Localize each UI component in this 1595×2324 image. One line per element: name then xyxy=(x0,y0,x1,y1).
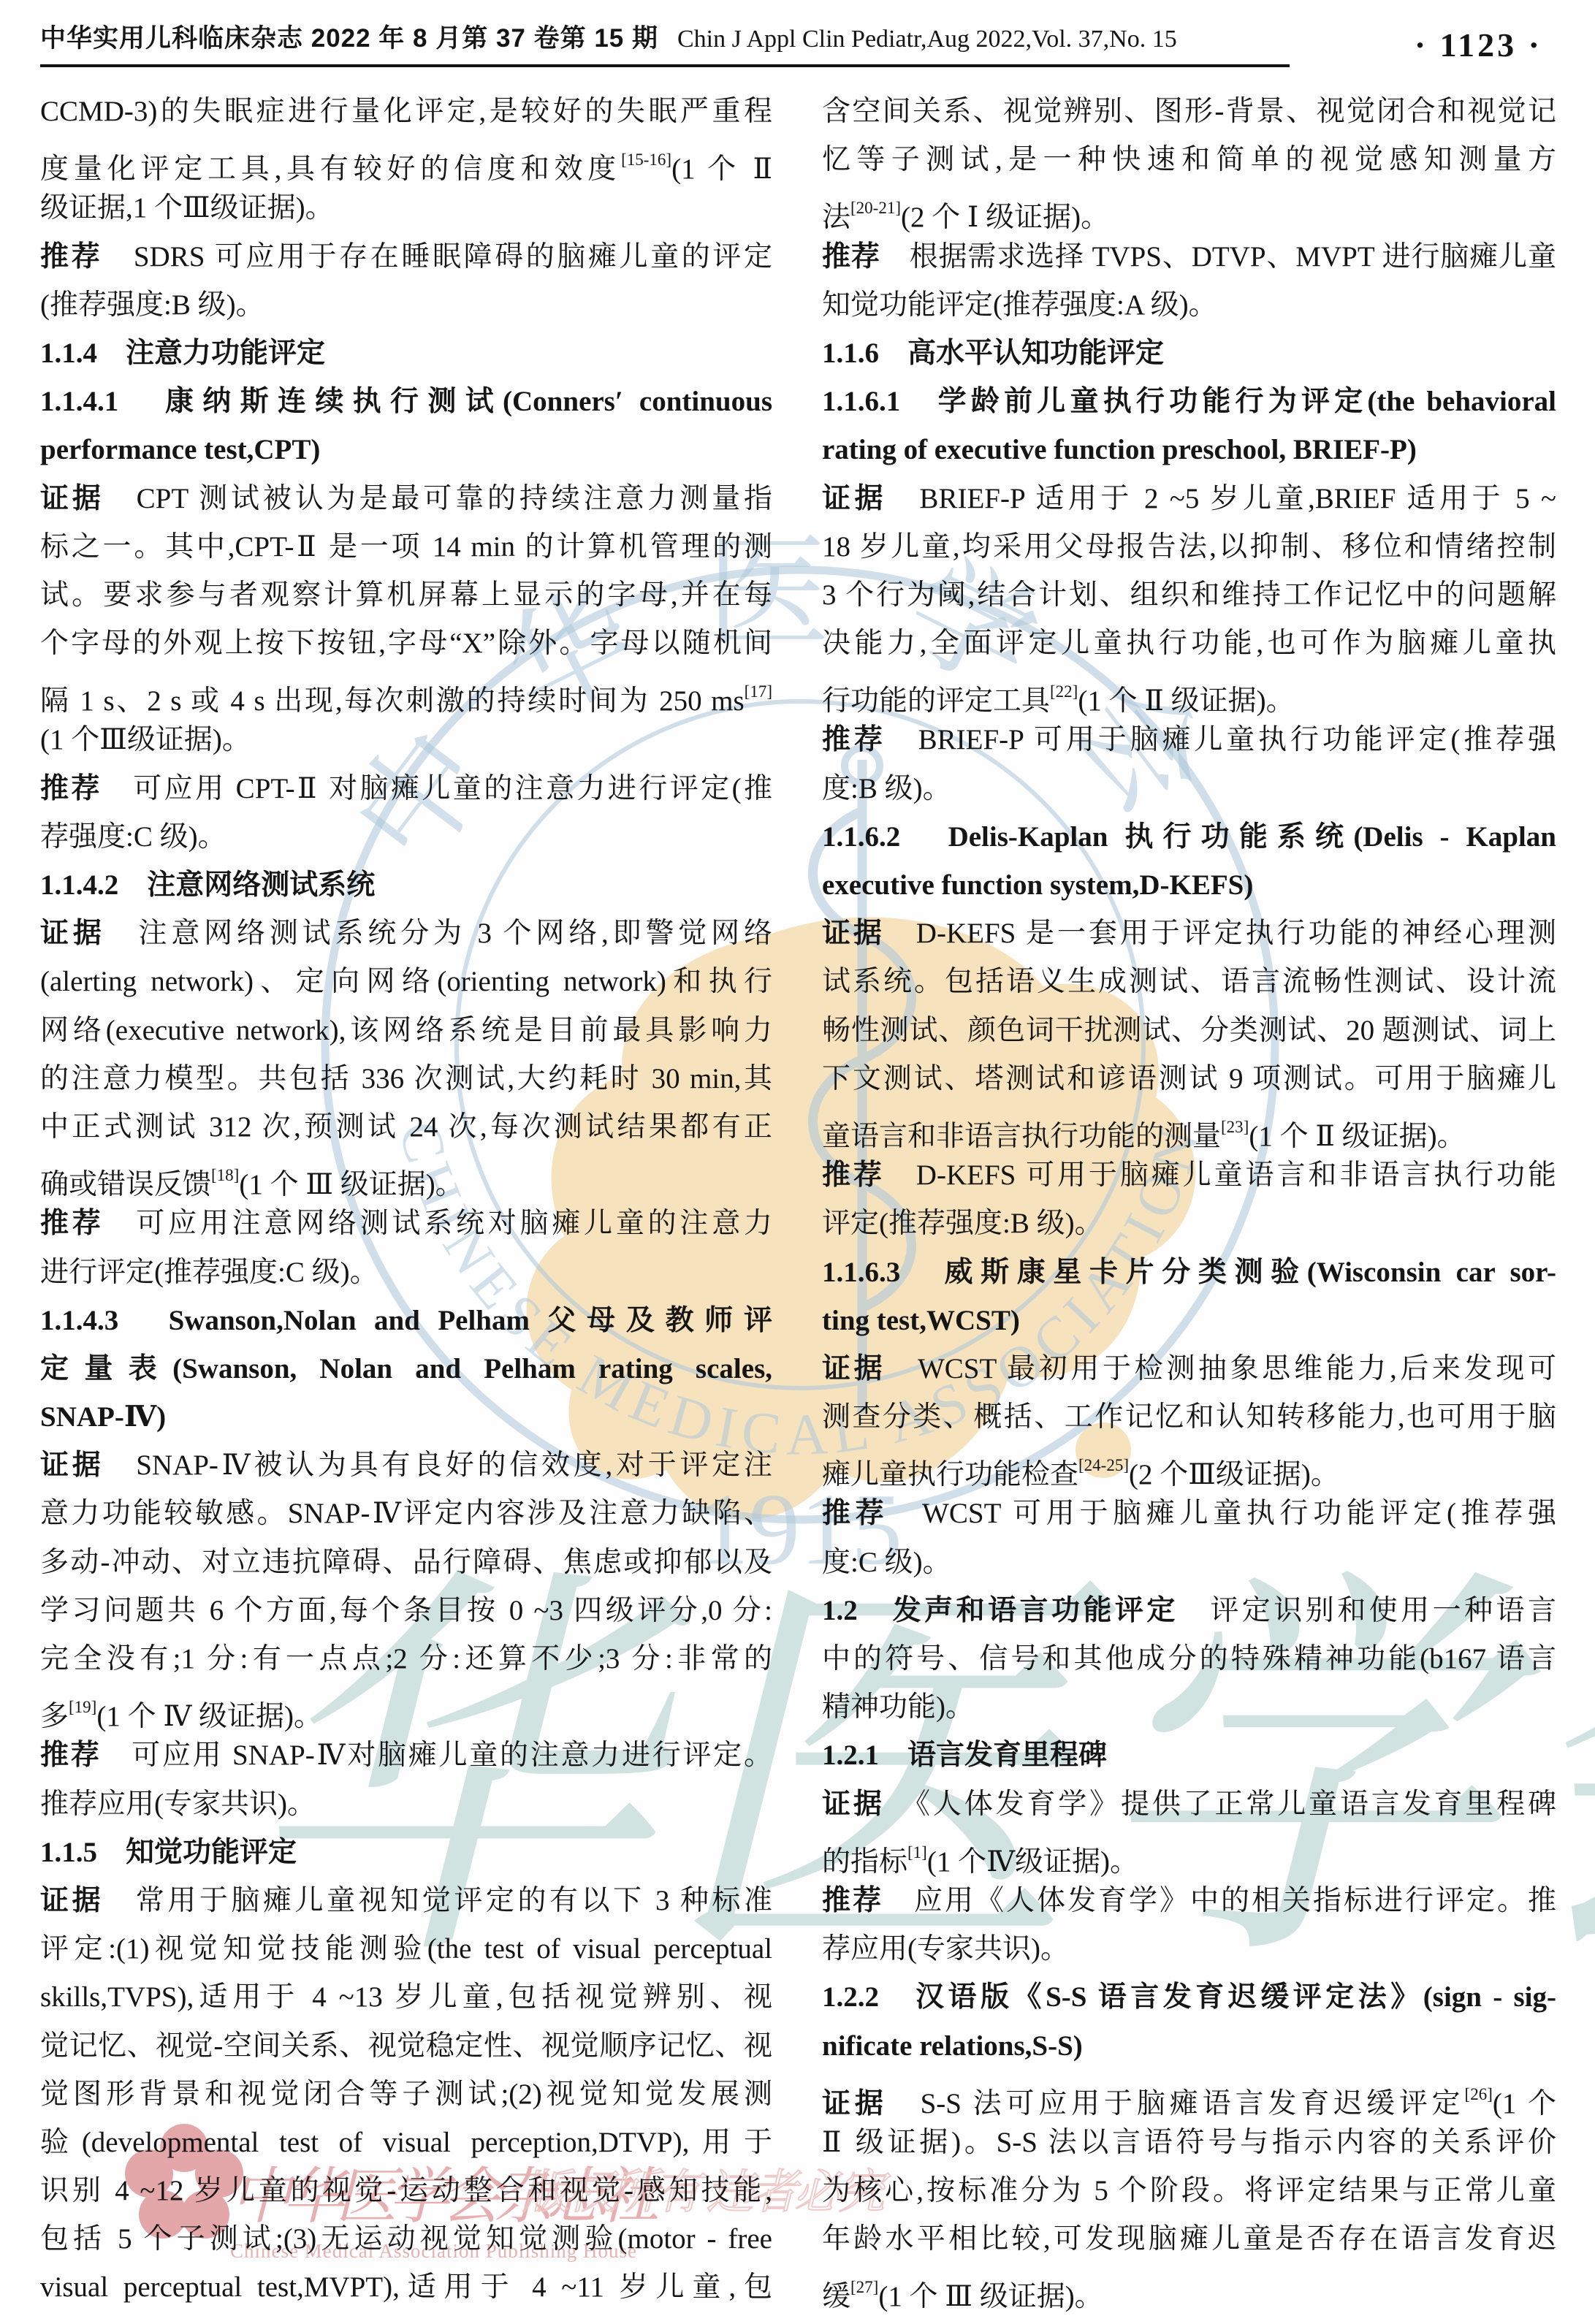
text-segment: 试。要求参与者观察计算机屏幕上显示的字母,并在每 xyxy=(40,579,772,611)
text-segment: 证据 xyxy=(822,1353,886,1384)
text-line: skills,TVPS),适用于 4 ~13 岁儿童,包括视觉辨别、视 xyxy=(40,1973,772,2022)
text-line: 完全没有;1 分:有一点点;2 分:还算不少;3 分:非常的 xyxy=(40,1635,772,1683)
text-segment: 推荐应用(专家共识)。 xyxy=(40,1788,316,1820)
text-segment: 知觉功能评定(推荐强度:A 级)。 xyxy=(822,289,1217,321)
text-segment: rating of executive function preschool, … xyxy=(822,434,1417,465)
text-segment: 1.1.6.3 威斯康星卡片分类测验(Wisconsin car sor- xyxy=(822,1257,1556,1288)
text-line: 的注意力模型。共包括 336 次测试,大约耗时 30 min,其 xyxy=(40,1055,772,1103)
text-line: 测查分类、概括、工作记忆和认知转移能力,也可用于脑 xyxy=(822,1393,1556,1441)
text-line: 1.1.4.1 康纳斯连续执行测试(Conners′ continuous xyxy=(40,378,772,426)
text-line: 觉记忆、视觉-空间关系、视觉稳定性、视觉顺序记忆、视 xyxy=(40,2022,772,2070)
text-segment: WCST 可用于脑瘫儿童执行功能评定(推荐强 xyxy=(888,1498,1556,1529)
text-segment: (2 个 Ⅰ 级证据)。 xyxy=(901,202,1109,232)
text-segment: 意力功能较敏感。SNAP-Ⅳ评定内容涉及注意力缺陷、 xyxy=(40,1498,772,1529)
text-line: 决能力,全面评定儿童执行功能,也可作为脑瘫儿童执 xyxy=(822,620,1556,668)
text-line: 1.2 发声和语言功能评定 评定识别和使用一种语言 xyxy=(822,1587,1556,1635)
text-segment: 度量化评定工具,具有较好的信度和效度 xyxy=(40,153,621,184)
text-line: executive function system,D-KEFS) xyxy=(822,861,1556,910)
text-segment: BRIEF-P 适用于 2 ~5 岁儿童,BRIEF 适用于 5 ~ xyxy=(887,483,1556,514)
text-segment: 网络(executive network),该网络系统是目前最具影响力 xyxy=(40,1015,772,1046)
text-line: 1.1.4 注意力功能评定 xyxy=(40,329,772,378)
text-line: performance test,CPT) xyxy=(40,426,772,474)
text-segment: 1.1.4.2 注意网络测试系统 xyxy=(40,869,375,901)
reference-superscript: [19] xyxy=(69,1698,96,1716)
reference-superscript: [27] xyxy=(850,2278,878,2296)
text-segment: 觉图形背景和视觉闭合等子测试;(2)视觉知觉发展测 xyxy=(40,2079,772,2110)
text-segment: 推荐 xyxy=(40,1740,102,1771)
text-line: 1.1.4.3 Swanson,Nolan and Pelham 父母及教师评 xyxy=(40,1297,772,1345)
text-line: 度量化评定工具,具有较好的信度和效度[15-16](1 个 Ⅱ xyxy=(40,136,772,184)
text-line: 度:C 级)。 xyxy=(822,1539,1556,1587)
text-segment: 中正式测试 312 次,预测试 24 次,每次测试结果都有正 xyxy=(40,1111,772,1143)
text-segment: (推荐强度:B 级)。 xyxy=(40,289,264,321)
text-segment: executive function system,D-KEFS) xyxy=(822,869,1253,901)
text-segment: 学习问题共 6 个方面,每个条目按 0 ~3 四级评分,0 分: xyxy=(40,1595,772,1626)
text-segment: (2 个Ⅲ级证据)。 xyxy=(1129,1459,1339,1490)
text-line: 证据 《人体发育学》提供了正常儿童语言发育里程碑 xyxy=(822,1780,1556,1829)
text-segment: 1.2.1 语言发育里程碑 xyxy=(822,1740,1107,1771)
text-segment: 度:B 级)。 xyxy=(822,773,951,804)
text-line: 法[20-21](2 个 Ⅰ 级证据)。 xyxy=(822,184,1556,232)
header-rule xyxy=(40,64,1290,67)
text-segment: D-KEFS 是一套用于评定执行功能的神经心理测 xyxy=(885,918,1556,949)
text-line: 学习问题共 6 个方面,每个条目按 0 ~3 四级评分,0 分: xyxy=(40,1587,772,1635)
text-segment: 《人体发育学》提供了正常儿童语言发育里程碑 xyxy=(885,1788,1556,1820)
text-line: 觉图形背景和视觉闭合等子测试;(2)视觉知觉发展测 xyxy=(40,2070,772,2119)
text-segment: 1.1.4.1 康纳斯连续执行测试(Conners′ continuous xyxy=(40,386,772,417)
text-line: 多[19](1 个 Ⅳ 级证据)。 xyxy=(40,1683,772,1731)
text-line: 童语言和非语言执行功能的测量[23](1 个 Ⅱ 级证据)。 xyxy=(822,1103,1556,1151)
text-segment: 评定:(1)视觉知觉技能测验(the test of visual percep… xyxy=(40,1933,772,1965)
text-line: 证据 CPT 测试被认为是最可靠的持续注意力测量指 xyxy=(40,475,772,523)
text-segment: 瘫儿童执行功能检查 xyxy=(822,1459,1078,1490)
text-line: 网络(executive network),该网络系统是目前最具影响力 xyxy=(40,1007,772,1055)
text-line: 含空间关系、视觉辨别、图形-背景、视觉闭合和视觉记 xyxy=(822,88,1556,136)
text-line: 验(developmental test of visual perceptio… xyxy=(40,2119,772,2167)
text-line: 试系统。包括语义生成测试、语言流畅性测试、设计流 xyxy=(822,958,1556,1006)
text-segment: BRIEF-P 可用于脑瘫儿童执行功能评定(推荐强 xyxy=(886,724,1556,755)
text-segment: 推荐 xyxy=(822,1159,885,1191)
text-line: 意力功能较敏感。SNAP-Ⅳ评定内容涉及注意力缺陷、 xyxy=(40,1490,772,1538)
text-segment: 个字母的外观上按下按钮,字母“X”除外。字母以随机间 xyxy=(40,628,772,659)
text-segment: (1 个 Ⅲ 级证据)。 xyxy=(878,2281,1103,2312)
text-line: 推荐 D-KEFS 可用于脑瘫儿童语言和非语言执行功能 xyxy=(822,1151,1556,1200)
text-line: 推荐 可应用 CPT-Ⅱ 对脑瘫儿童的注意力进行评定(推 xyxy=(40,765,772,813)
text-line: 证据 D-KEFS 是一套用于评定执行功能的神经心理测 xyxy=(822,910,1556,958)
text-line: 证据 SNAP-Ⅳ被认为具有良好的信效度,对于评定注 xyxy=(40,1441,772,1490)
text-line: 推荐 根据需求选择 TVPS、DTVP、MVPT 进行脑瘫儿童 xyxy=(822,233,1556,281)
text-line: 证据 注意网络测试系统分为 3 个网络,即警觉网络 xyxy=(40,910,772,958)
text-segment: (1 个 xyxy=(1493,2088,1556,2119)
text-segment: 常用于脑瘫儿童视知觉评定的有以下 3 种标准 xyxy=(104,1885,772,1916)
text-line: 度:B 级)。 xyxy=(822,765,1556,813)
text-segment: 证据 xyxy=(40,1449,104,1481)
text-line: 识别 4 ~12 岁儿童的视觉-运动整合和视觉-感知技能, xyxy=(40,2167,772,2215)
text-segment: 隔 1 s、2 s 或 4 s 出现,每次刺激的持续时间为 250 ms xyxy=(40,685,745,716)
text-line: 级证据,1 个Ⅲ级证据)。 xyxy=(40,184,772,232)
text-line: 推荐应用(专家共识)。 xyxy=(40,1780,772,1829)
text-line: visual perceptual test,MVPT),适用于 4 ~11 岁… xyxy=(40,2263,772,2312)
text-line: 1.2.2 汉语版《S-S 语言发育迟缓评定法》(sign - sig- xyxy=(822,1973,1556,2022)
text-segment: 应用《人体发育学》中的相关指标进行评定。推 xyxy=(883,1885,1556,1916)
text-segment: 含空间关系、视觉辨别、图形-背景、视觉闭合和视觉记 xyxy=(822,96,1556,127)
reference-superscript: [23] xyxy=(1221,1118,1249,1136)
text-segment: 证据 xyxy=(40,918,106,949)
text-segment: 证据 xyxy=(822,483,887,514)
page-number: · 1123 · xyxy=(1415,25,1542,66)
text-segment: 缓 xyxy=(822,2281,850,2312)
text-segment: performance test,CPT) xyxy=(40,434,320,465)
text-segment: 确或错误反馈 xyxy=(40,1169,211,1200)
text-segment: ting test,WCST) xyxy=(822,1305,1020,1336)
text-segment: (1 个 Ⅱ 级证据)。 xyxy=(1249,1121,1465,1151)
text-line: 评定:(1)视觉知觉技能测验(the test of visual percep… xyxy=(40,1925,772,1973)
text-line: rating of executive function preschool, … xyxy=(822,426,1556,474)
text-segment: 为核心,按标准分为 5 个阶段。将评定结果与正常儿童 xyxy=(822,2175,1556,2206)
text-segment: SNAP-Ⅳ被认为具有良好的信效度,对于评定注 xyxy=(104,1449,772,1481)
text-segment: S-S 法可应用于脑瘫语言发育迟缓评定 xyxy=(888,2088,1465,2119)
text-line: 忆等子测试,是一种快速和简单的视觉感知测量方 xyxy=(822,136,1556,184)
text-segment: 的注意力模型。共包括 336 次测试,大约耗时 30 min,其 xyxy=(40,1063,772,1094)
text-segment: 1.1.6.2 Delis-Kaplan 执行功能系统(Delis - Kapl… xyxy=(822,821,1556,853)
text-segment: CPT 测试被认为是最可靠的持续注意力测量指 xyxy=(104,483,772,514)
text-line: 行功能的评定工具[22](1 个 Ⅱ 级证据)。 xyxy=(822,668,1556,716)
text-segment: 可应用 SNAP-Ⅳ对脑瘫儿童的注意力进行评定。 xyxy=(102,1740,772,1771)
text-segment: 完全没有;1 分:有一点点;2 分:还算不少;3 分:非常的 xyxy=(40,1643,772,1675)
text-segment: (1 个 Ⅱ 级证据)。 xyxy=(1078,685,1294,716)
reference-superscript: [1] xyxy=(907,1843,927,1862)
text-segment: 童语言和非语言执行功能的测量 xyxy=(822,1121,1221,1151)
text-segment: (1 个Ⅲ级证据)。 xyxy=(40,724,251,755)
text-segment: 荐强度:C 级)。 xyxy=(40,821,227,853)
text-segment: CCMD-3)的失眠症进行量化评定,是较好的失眠严重程 xyxy=(40,96,772,127)
text-line: 证据 S-S 法可应用于脑瘫语言发育迟缓评定[26](1 个 xyxy=(822,2070,1556,2119)
text-line: 1.1.6 高水平认知功能评定 xyxy=(822,329,1556,378)
text-segment: 推荐 xyxy=(822,724,886,755)
reference-superscript: [20-21] xyxy=(850,199,901,217)
text-line: 标之一。其中,CPT-Ⅱ 是一项 14 min 的计算机管理的测 xyxy=(40,523,772,571)
text-line: 荐应用(专家共识)。 xyxy=(822,1925,1556,1973)
text-segment: 1.1.4.3 Swanson,Nolan and Pelham 父母及教师评 xyxy=(40,1305,772,1336)
text-segment: 觉记忆、视觉-空间关系、视觉稳定性、视觉顺序记忆、视 xyxy=(40,2030,772,2062)
text-segment: 下文测试、塔测试和谚语测试 9 项测试。可用于脑瘫儿 xyxy=(822,1063,1556,1094)
reference-superscript: [15-16] xyxy=(621,151,671,169)
text-line: 推荐 可应用 SNAP-Ⅳ对脑瘫儿童的注意力进行评定。 xyxy=(40,1731,772,1780)
text-line: 为核心,按标准分为 5 个阶段。将评定结果与正常儿童 xyxy=(822,2167,1556,2215)
text-segment: (1 个 Ⅲ 级证据)。 xyxy=(239,1169,463,1200)
text-line: 畅性测试、颜色词干扰测试、分类测试、20 题测试、词上 xyxy=(822,1007,1556,1055)
text-line: 1.2.1 语言发育里程碑 xyxy=(822,1731,1556,1780)
text-segment: (alerting network)、定向网络(orienting networ… xyxy=(40,966,772,997)
text-segment: SDRS 可应用于存在睡眠障碍的脑瘫儿童的评定 xyxy=(102,241,772,273)
text-line: 中的符号、信号和其他成分的特殊精神功能(b167 语言 xyxy=(822,1635,1556,1683)
text-segment: (1 个 Ⅱ xyxy=(671,153,772,184)
text-line: 1.1.4.2 注意网络测试系统 xyxy=(40,861,772,910)
text-line: 18 岁儿童,均采用父母报告法,以抑制、移位和情绪控制 xyxy=(822,523,1556,571)
text-segment: SNAP-Ⅳ) xyxy=(40,1401,166,1433)
text-segment: 证据 xyxy=(40,483,104,514)
text-segment: 识别 4 ~12 岁儿童的视觉-运动整合和视觉-感知技能, xyxy=(40,2175,772,2206)
text-segment: 证据 xyxy=(40,1885,104,1916)
text-segment: 荐应用(专家共识)。 xyxy=(822,1933,1069,1965)
text-line: 荐强度:C 级)。 xyxy=(40,813,772,861)
text-line: 证据 常用于脑瘫儿童视知觉评定的有以下 3 种标准 xyxy=(40,1877,772,1925)
text-line: 瘫儿童执行功能检查[24-25](2 个Ⅲ级证据)。 xyxy=(822,1441,1556,1490)
text-segment: 度:C 级)。 xyxy=(822,1547,951,1578)
text-line: 多动-冲动、对立违抗障碍、品行障碍、焦虑或抑郁以及 xyxy=(40,1539,772,1587)
journal-title-en: Chin J Appl Clin Pediatr,Aug 2022,Vol. 3… xyxy=(658,26,1177,53)
text-line: 推荐 可应用注意网络测试系统对脑瘫儿童的注意力 xyxy=(40,1200,772,1248)
text-segment: 定量表(Swanson, Nolan and Pelham rating sca… xyxy=(40,1353,772,1384)
text-line: 年龄水平相比较,可发现脑瘫儿童是否存在语言发育迟 xyxy=(822,2215,1556,2263)
text-line: 1.1.6.2 Delis-Kaplan 执行功能系统(Delis - Kapl… xyxy=(822,813,1556,861)
reference-superscript: [17] xyxy=(745,682,772,701)
text-segment: 试系统。包括语义生成测试、语言流畅性测试、设计流 xyxy=(822,966,1556,997)
text-line: (alerting network)、定向网络(orienting networ… xyxy=(40,958,772,1006)
text-segment: 推荐 xyxy=(40,773,102,804)
text-line: SNAP-Ⅳ) xyxy=(40,1393,772,1441)
text-line: 缓[27](1 个 Ⅲ 级证据)。 xyxy=(822,2263,1556,2312)
text-segment: 年龄水平相比较,可发现脑瘫儿童是否存在语言发育迟 xyxy=(822,2223,1556,2255)
text-segment: 证据 xyxy=(822,2088,888,2119)
text-segment: 评定(推荐强度:B 级)。 xyxy=(822,1208,1103,1239)
text-line: 包括 5 个子测试;(3)无运动视觉知觉测验(motor - free xyxy=(40,2215,772,2263)
text-segment: 根据需求选择 TVPS、DTVP、MVPT 进行脑瘫儿童 xyxy=(880,241,1556,273)
text-segment: visual perceptual test,MVPT),适用于 4 ~11 岁… xyxy=(40,2271,772,2303)
text-line: 确或错误反馈[18](1 个 Ⅲ 级证据)。 xyxy=(40,1151,772,1200)
text-line: 个字母的外观上按下按钮,字母“X”除外。字母以随机间 xyxy=(40,620,772,668)
text-line: 精神功能)。 xyxy=(822,1683,1556,1731)
text-line: 1.1.5 知觉功能评定 xyxy=(40,1829,772,1877)
text-line: 推荐 SDRS 可应用于存在睡眠障碍的脑瘫儿童的评定 xyxy=(40,233,772,281)
reference-superscript: [26] xyxy=(1465,2085,1493,2103)
text-segment: skills,TVPS),适用于 4 ~13 岁儿童,包括视觉辨别、视 xyxy=(40,1981,772,2013)
text-segment: 决能力,全面评定儿童执行功能,也可作为脑瘫儿童执 xyxy=(822,628,1556,659)
text-segment: (1 个 Ⅳ 级证据)。 xyxy=(96,1701,322,1731)
text-segment: 1.2.2 汉语版《S-S 语言发育迟缓评定法》(sign - sig- xyxy=(822,1981,1556,2013)
text-line: 知觉功能评定(推荐强度:A 级)。 xyxy=(822,281,1556,329)
text-line: 推荐 BRIEF-P 可用于脑瘫儿童执行功能评定(推荐强 xyxy=(822,716,1556,764)
text-segment: 可应用注意网络测试系统对脑瘫儿童的注意力 xyxy=(104,1208,772,1239)
page-header: 中华实用儿科临床杂志 2022 年 8 月第 37 卷第 15 期Chin J … xyxy=(40,18,1290,60)
text-segment: 1.1.6.1 学龄前儿童执行功能行为评定(the behavioral xyxy=(822,386,1556,417)
text-segment: (1 个Ⅳ级证据)。 xyxy=(927,1846,1138,1877)
text-line: 证据 BRIEF-P 适用于 2 ~5 岁儿童,BRIEF 适用于 5 ~ xyxy=(822,475,1556,523)
journal-title-cn: 中华实用儿科临床杂志 2022 年 8 月第 37 卷第 15 期 xyxy=(40,24,658,53)
text-line: 隔 1 s、2 s 或 4 s 出现,每次刺激的持续时间为 250 ms[17] xyxy=(40,668,772,716)
text-line: 推荐 WCST 可用于脑瘫儿童执行功能评定(推荐强 xyxy=(822,1490,1556,1538)
text-line: 评定(推荐强度:B 级)。 xyxy=(822,1200,1556,1248)
text-line: (1 个Ⅲ级证据)。 xyxy=(40,716,772,764)
text-line: 1.1.6.3 威斯康星卡片分类测验(Wisconsin car sor- xyxy=(822,1249,1556,1297)
text-segment: 推荐 xyxy=(822,241,880,273)
text-segment: 法 xyxy=(822,202,850,232)
text-line: 进行评定(推荐强度:C 级)。 xyxy=(40,1249,772,1297)
journal-page: 中华医学会 CHINESE MEDICAL ASSOCIATION 1915 华… xyxy=(0,0,1595,2324)
text-segment: 推荐 xyxy=(40,241,102,273)
text-segment: nificate relations,S-S) xyxy=(822,2030,1083,2062)
text-segment: 测查分类、概括、工作记忆和认知转移能力,也可用于脑 xyxy=(822,1401,1556,1433)
text-segment: 注意网络测试系统分为 3 个网络,即警觉网络 xyxy=(106,918,772,949)
text-line: ting test,WCST) xyxy=(822,1297,1556,1345)
text-segment: 多动-冲动、对立违抗障碍、品行障碍、焦虑或抑郁以及 xyxy=(40,1547,772,1578)
column-right: 含空间关系、视觉辨别、图形-背景、视觉闭合和视觉记忆等子测试,是一种快速和简单的… xyxy=(822,88,1556,2312)
text-segment: 行功能的评定工具 xyxy=(822,685,1050,716)
reference-superscript: [18] xyxy=(211,1166,239,1184)
text-segment: 1.2 发声和语言功能评定 xyxy=(822,1595,1179,1626)
text-line: Ⅱ 级证据)。S-S 法以言语符号与指示内容的关系评价 xyxy=(822,2119,1556,2167)
reference-superscript: [22] xyxy=(1050,682,1078,701)
text-segment: 推荐 xyxy=(822,1885,883,1916)
text-segment: 1.1.6 高水平认知功能评定 xyxy=(822,338,1164,369)
text-segment: 精神功能)。 xyxy=(822,1691,974,1723)
text-line: 下文测试、塔测试和谚语测试 9 项测试。可用于脑瘫儿 xyxy=(822,1055,1556,1103)
text-line: 证据 WCST 最初用于检测抽象思维能力,后来发现可 xyxy=(822,1345,1556,1393)
text-segment: 畅性测试、颜色词干扰测试、分类测试、20 题测试、词上 xyxy=(822,1015,1556,1046)
text-segment: 1.1.5 知觉功能评定 xyxy=(40,1837,297,1868)
text-segment: 包括 5 个子测试;(3)无运动视觉知觉测验(motor - free xyxy=(40,2223,772,2255)
text-segment: 级证据,1 个Ⅲ级证据)。 xyxy=(40,192,334,224)
text-line: (推荐强度:B 级)。 xyxy=(40,281,772,329)
column-left: CCMD-3)的失眠症进行量化评定,是较好的失眠严重程度量化评定工具,具有较好的… xyxy=(40,88,772,2312)
text-segment: 18 岁儿童,均采用父母报告法,以抑制、移位和情绪控制 xyxy=(822,531,1556,563)
text-segment: 的指标 xyxy=(822,1846,907,1877)
text-segment: 推荐 xyxy=(40,1208,104,1239)
text-segment: D-KEFS 可用于脑瘫儿童语言和非语言执行功能 xyxy=(885,1159,1556,1191)
text-segment: 评定识别和使用一种语言 xyxy=(1179,1595,1556,1626)
text-segment: 可应用 CPT-Ⅱ 对脑瘫儿童的注意力进行评定(推 xyxy=(102,773,772,804)
text-segment: Ⅱ 级证据)。S-S 法以言语符号与指示内容的关系评价 xyxy=(822,2127,1556,2158)
text-segment: 证据 xyxy=(822,918,885,949)
text-line: 中正式测试 312 次,预测试 24 次,每次测试结果都有正 xyxy=(40,1103,772,1151)
text-segment: 验(developmental test of visual perceptio… xyxy=(40,2127,772,2158)
text-line: 的指标[1](1 个Ⅳ级证据)。 xyxy=(822,1829,1556,1877)
text-segment: 标之一。其中,CPT-Ⅱ 是一项 14 min 的计算机管理的测 xyxy=(40,531,772,563)
text-line: 推荐 应用《人体发育学》中的相关指标进行评定。推 xyxy=(822,1877,1556,1925)
text-segment: 中的符号、信号和其他成分的特殊精神功能(b167 语言 xyxy=(822,1643,1556,1675)
text-segment: 1.1.4 注意力功能评定 xyxy=(40,338,325,369)
text-line: 定量表(Swanson, Nolan and Pelham rating sca… xyxy=(40,1345,772,1393)
text-segment: 推荐 xyxy=(822,1498,888,1529)
text-segment: 证据 xyxy=(822,1788,885,1820)
text-line: nificate relations,S-S) xyxy=(822,2022,1556,2070)
text-segment: 多 xyxy=(40,1701,69,1731)
text-segment: WCST 最初用于检测抽象思维能力,后来发现可 xyxy=(886,1353,1556,1384)
text-line: CCMD-3)的失眠症进行量化评定,是较好的失眠严重程 xyxy=(40,88,772,136)
text-line: 1.1.6.1 学龄前儿童执行功能行为评定(the behavioral xyxy=(822,378,1556,426)
text-segment: 忆等子测试,是一种快速和简单的视觉感知测量方 xyxy=(822,144,1556,175)
text-line: 试。要求参与者观察计算机屏幕上显示的字母,并在每 xyxy=(40,571,772,620)
reference-superscript: [24-25] xyxy=(1078,1456,1129,1474)
text-line: 3 个行为阈,结合计划、组织和维持工作记忆中的问题解 xyxy=(822,571,1556,620)
text-segment: 3 个行为阈,结合计划、组织和维持工作记忆中的问题解 xyxy=(822,579,1556,611)
text-segment: 进行评定(推荐强度:C 级)。 xyxy=(40,1257,378,1288)
